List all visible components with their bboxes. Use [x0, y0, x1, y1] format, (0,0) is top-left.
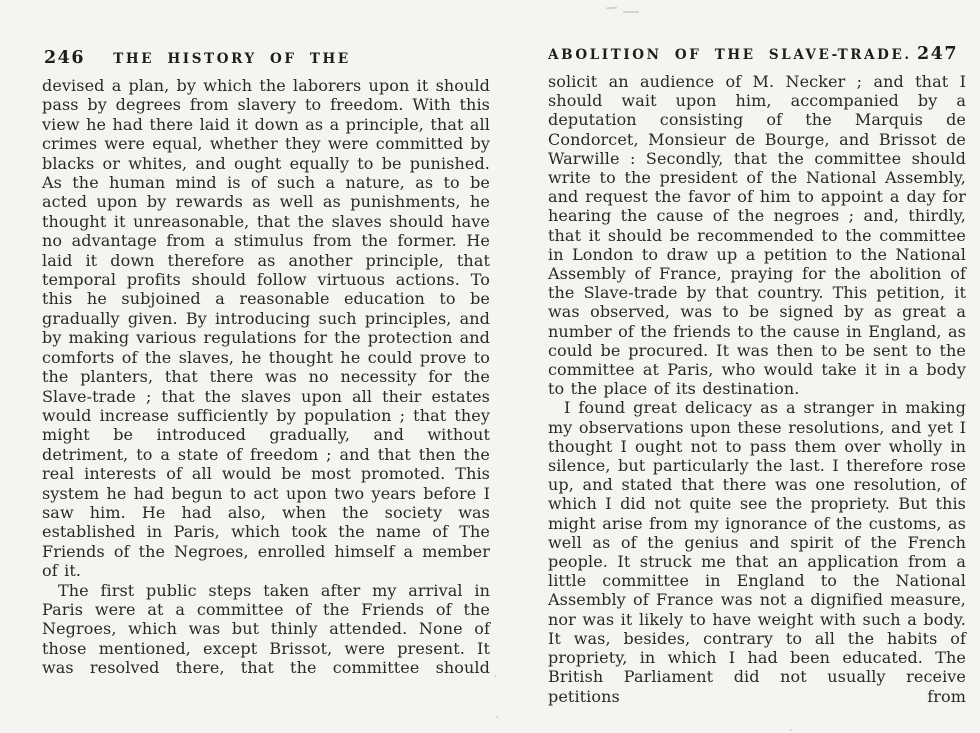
scan-artifact — [623, 11, 639, 13]
scan-speck — [496, 716, 498, 718]
page-header-right: ABOLITION OF THE SLAVE-TRADE. 247 — [548, 47, 966, 72]
page-body-right: solicit an audience of M. Necker ; and t… — [548, 72, 966, 706]
paragraph: The first public steps taken after my ar… — [42, 581, 490, 678]
page-header-left: 246 THE HISTORY OF THE — [42, 51, 490, 76]
running-title-left: THE HISTORY OF THE — [42, 51, 490, 67]
scan-artifact — [606, 7, 617, 10]
running-title-right: ABOLITION OF THE SLAVE-TRADE. — [548, 47, 966, 63]
scan-speck — [790, 729, 792, 731]
book-scan: 246 THE HISTORY OF THE devised a plan, b… — [0, 0, 980, 733]
page-body-left: devised a plan, by which the laborers up… — [42, 76, 490, 678]
paragraph-continuation: devised a plan, by which the laborers up… — [42, 76, 490, 581]
paragraph-continuation: solicit an audience of M. Necker ; and t… — [548, 72, 966, 398]
scan-speck — [494, 675, 496, 677]
page-number-left: 246 — [44, 48, 85, 68]
page-left: 246 THE HISTORY OF THE devised a plan, b… — [42, 51, 490, 678]
page-right: ABOLITION OF THE SLAVE-TRADE. 247 solici… — [548, 47, 966, 706]
page-number-right: 247 — [917, 44, 958, 64]
paragraph: I found great delicacy as a stranger in … — [548, 398, 966, 705]
